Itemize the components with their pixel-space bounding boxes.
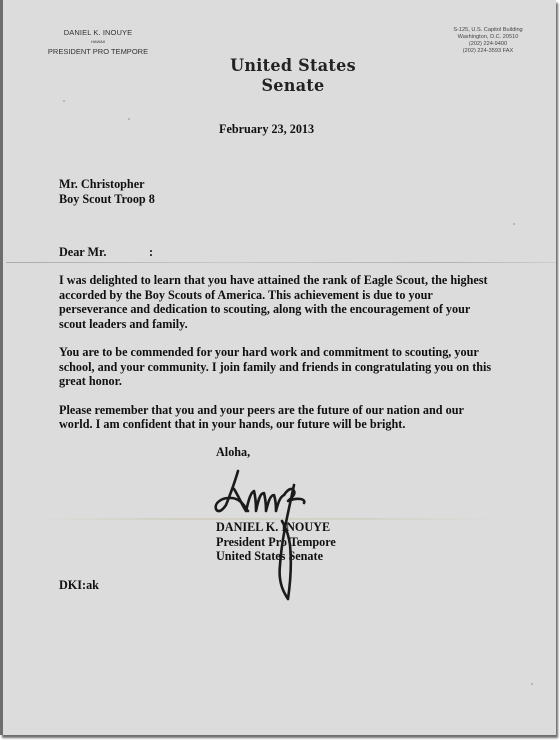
letterhead-sender: DANIEL K. INOUYE HAWAII PRESIDENT PRO TE… <box>33 28 163 56</box>
letterhead-institution: United States Senate <box>203 55 383 95</box>
salutation: Dear Mr. : <box>59 245 106 260</box>
salutation-punctuation: : <box>149 245 153 260</box>
letter-page: DANIEL K. INOUYE HAWAII PRESIDENT PRO TE… <box>0 0 556 735</box>
body-paragraph: You are to be commended for your hard wo… <box>59 345 549 389</box>
paper-speck <box>513 223 515 225</box>
fold-line <box>6 262 556 263</box>
recipient-organization: Boy Scout Troop 8 <box>59 192 155 207</box>
letterhead-address: S-125, U.S. Capitol Building Washington,… <box>443 27 533 55</box>
paper-speck <box>128 118 130 120</box>
body-paragraph: I was delighted to learn that you have a… <box>59 273 549 331</box>
letterhead-sender-name: DANIEL K. INOUYE <box>33 28 163 37</box>
recipient-name: Mr. Christopher <box>59 177 155 192</box>
letter-date: February 23, 2013 <box>219 122 314 137</box>
signature-icon <box>208 465 318 605</box>
address-line: Washington, D.C. 20510 <box>443 34 533 41</box>
address-line: S-125, U.S. Capitol Building <box>443 27 533 34</box>
reference-initials: DKI:ak <box>59 578 99 593</box>
letterhead-sender-state: HAWAII <box>33 39 163 44</box>
address-line: (202) 224-9400 <box>443 41 533 48</box>
letterhead-sender-title: PRESIDENT PRO TEMPORE <box>33 47 163 56</box>
body-paragraph: Please remember that you and your peers … <box>59 403 549 432</box>
paper-speck <box>63 100 65 102</box>
letter-body: I was delighted to learn that you have a… <box>59 273 549 446</box>
salutation-text: Dear Mr. <box>59 245 106 259</box>
paper-speck <box>531 683 533 685</box>
recipient-address: Mr. Christopher Boy Scout Troop 8 <box>59 177 155 206</box>
closing: Aloha, <box>216 445 250 460</box>
address-line: (202) 224-3593 FAX <box>443 48 533 55</box>
